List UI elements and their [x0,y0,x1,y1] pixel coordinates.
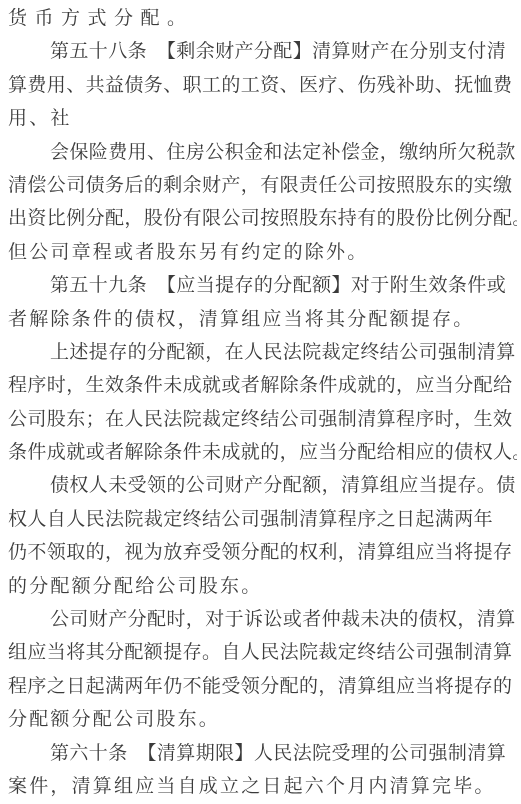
text-line: 公司财产分配时，对于诉讼或者仲裁未决的债权，清算 [8,603,517,636]
text-line: 出资比例分配，股份有限公司按照股东持有的股份比例分配。 [8,202,517,235]
text-line: 公司股东；在人民法院裁定终结公司强制清算程序时，生效 [8,403,517,436]
text-line: 会保险费用、住房公积金和法定补偿金，缴纳所欠税款， [8,136,517,169]
text-line: 权人自人民法院裁定终结公司强制清算程序之日起满两年 [8,503,517,536]
text-line: 分配额分配公司股东。 [8,703,517,736]
text-line: 案件，清算组应当自成立之日起六个月内清算完毕。 [8,770,517,803]
document-page: 货币方式分配。第五十八条 【剩余财产分配】清算财产在分别支付清算费用、共益债务、… [0,0,521,804]
text-line: 第五十八条 【剩余财产分配】清算财产在分别支付清 [8,35,517,68]
text-line: 上述提存的分配额，在人民法院裁定终结公司强制清算 [8,336,517,369]
text-line: 用、社 [8,102,517,135]
text-line: 清偿公司债务后的剩余财产，有限责任公司按照股东的实缴 [8,169,517,202]
text-line: 条件成就或者解除条件未成就的，应当分配给相应的债权人。 [8,436,517,469]
text-line: 程序之日起满两年仍不能受领分配的，清算组应当将提存的 [8,670,517,703]
text-line: 货币方式分配。 [8,2,517,35]
text-line: 第五十九条 【应当提存的分配额】对于附生效条件或 [8,269,517,302]
text-line: 但公司章程或者股东另有约定的除外。 [8,236,517,269]
text-line: 第六十条 【清算期限】人民法院受理的公司强制清算 [8,737,517,770]
text-line: 的分配额分配给公司股东。 [8,570,517,603]
text-line: 组应当将其分配额提存。自人民法院裁定终结公司强制清算 [8,636,517,669]
text-line: 者解除条件的债权，清算组应当将其分配额提存。 [8,303,517,336]
text-line: 算费用、共益债务、职工的工资、医疗、伤残补助、抚恤费 [8,69,517,102]
text-line: 仍不领取的，视为放弃受领分配的权利，清算组应当将提存 [8,536,517,569]
text-line: 债权人未受领的公司财产分配额，清算组应当提存。债 [8,469,517,502]
text-line: 程序时，生效条件未成就或者解除条件成就的，应当分配给 [8,369,517,402]
document-text: 货币方式分配。第五十八条 【剩余财产分配】清算财产在分别支付清算费用、共益债务、… [8,2,517,803]
